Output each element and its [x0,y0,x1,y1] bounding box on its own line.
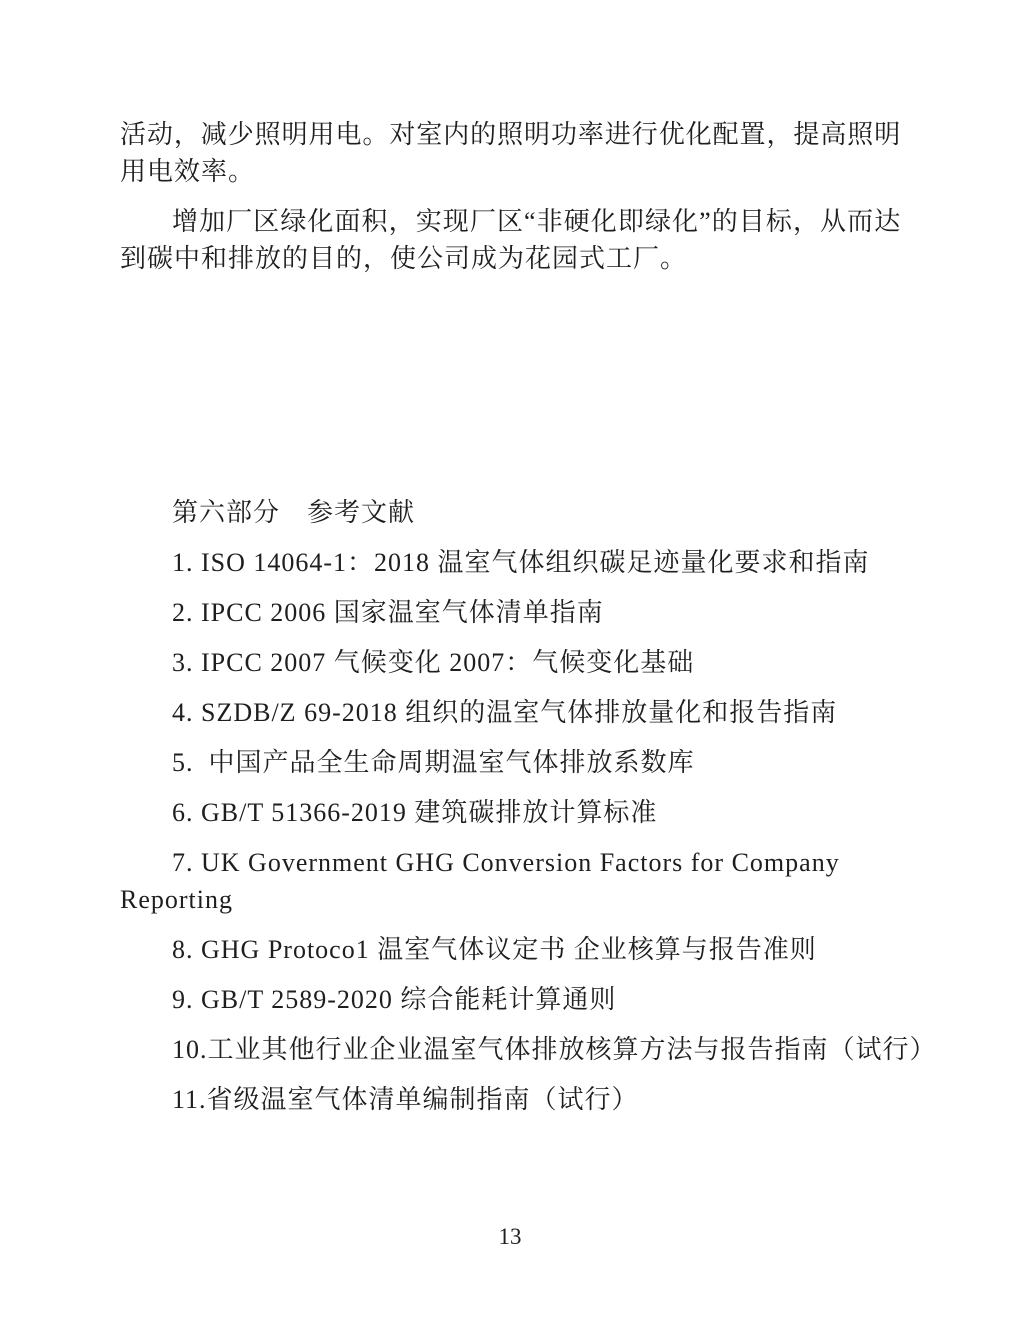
reference-item: 2. IPCC 2006 国家温室气体清单指南 [120,594,900,631]
reference-line: 11.省级温室气体清单编制指南（试行） [120,1081,900,1118]
reference-line: 9. GB/T 2589-2020 综合能耗计算通则 [120,981,900,1018]
paragraph: 活动，减少照明用电。对室内的照明功率进行优化配置，提高照明 用电效率。 [120,116,900,190]
paragraph-line: 增加厂区绿化面积，实现厂区“非硬化即绿化”的目标，从而达 [120,203,900,240]
reference-line: 8. GHG Protoco1 温室气体议定书 企业核算与报告准则 [120,931,900,968]
reference-line: 3. IPCC 2007 气候变化 2007：气候变化基础 [120,644,900,681]
reference-line: 5. 中国产品全生命周期温室气体排放系数库 [120,744,900,781]
reference-item: 5. 中国产品全生命周期温室气体排放系数库 [120,744,900,781]
reference-item: 4. SZDB/Z 69-2018 组织的温室气体排放量化和报告指南 [120,694,900,731]
reference-line: 4. SZDB/Z 69-2018 组织的温室气体排放量化和报告指南 [120,694,900,731]
document-page: 活动，减少照明用电。对室内的照明功率进行优化配置，提高照明 用电效率。 增加厂区… [0,0,1020,1320]
section-heading: 第六部分 参考文献 [120,494,900,531]
reference-line: 10.工业其他行业企业温室气体排放核算方法与报告指南（试行） [120,1031,900,1068]
reference-item: 6. GB/T 51366-2019 建筑碳排放计算标准 [120,794,900,831]
reference-item: 3. IPCC 2007 气候变化 2007：气候变化基础 [120,644,900,681]
paragraph-line: 用电效率。 [120,153,900,190]
reference-line: 2. IPCC 2006 国家温室气体清单指南 [120,594,900,631]
reference-item: 11.省级温室气体清单编制指南（试行） [120,1081,900,1118]
reference-line: 6. GB/T 51366-2019 建筑碳排放计算标准 [120,794,900,831]
reference-line: 1. ISO 14064-1：2018 温室气体组织碳足迹量化要求和指南 [120,544,900,581]
paragraph-line: 活动，减少照明用电。对室内的照明功率进行优化配置，提高照明 [120,116,900,153]
reference-item: 1. ISO 14064-1：2018 温室气体组织碳足迹量化要求和指南 [120,544,900,581]
reference-item: 10.工业其他行业企业温室气体排放核算方法与报告指南（试行） [120,1031,900,1068]
reference-item: 8. GHG Protoco1 温室气体议定书 企业核算与报告准则 [120,931,900,968]
section-heading-block: 第六部分 参考文献 [120,494,900,531]
paragraph-line: 到碳中和排放的目的，使公司成为花园式工厂。 [120,240,900,277]
reference-item: 7. UK Government GHG Conversion Factors … [120,844,900,918]
reference-item: 9. GB/T 2589-2020 综合能耗计算通则 [120,981,900,1018]
reference-line: 7. UK Government GHG Conversion Factors … [120,844,900,881]
page-number: 13 [0,1224,1020,1250]
reference-line-continuation: Reporting [120,881,900,918]
paragraph: 增加厂区绿化面积，实现厂区“非硬化即绿化”的目标，从而达 到碳中和排放的目的，使… [120,203,900,277]
document-body: 活动，减少照明用电。对室内的照明功率进行优化配置，提高照明 用电效率。 增加厂区… [120,116,900,1118]
